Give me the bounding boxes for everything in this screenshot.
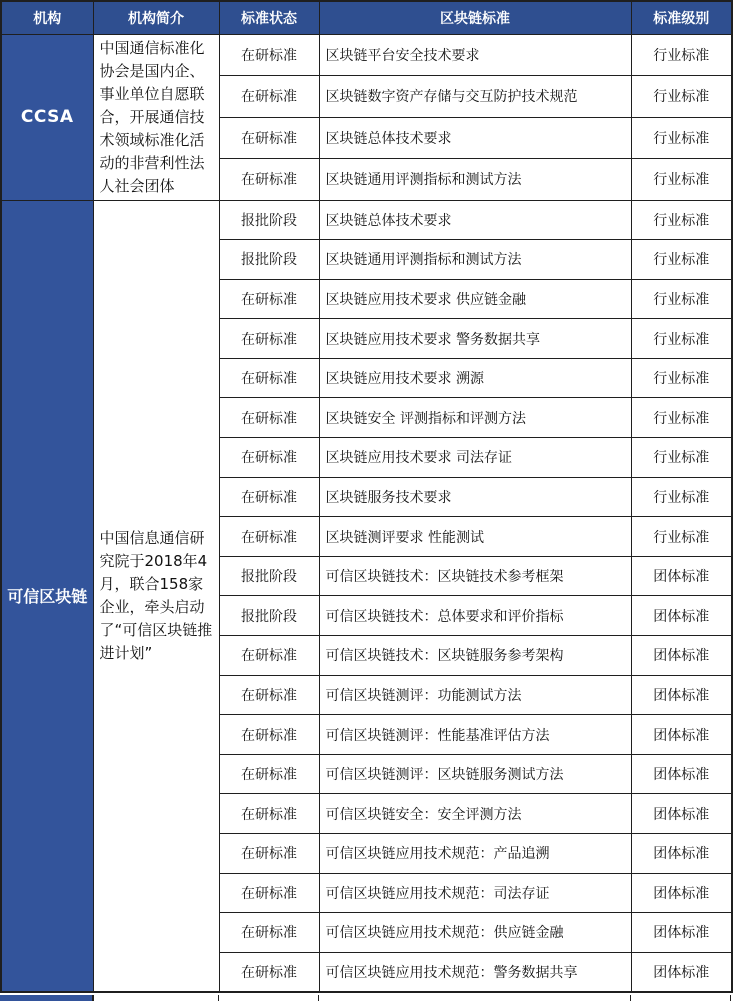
org-cell-ccsa: CCSA [1, 34, 93, 200]
standard-cell: 区块链测评要求 性能测试 [319, 517, 631, 557]
table-row: CCSA 中国通信标准化协会是国内企、事业单位自愿联合，开展通信技术领域标准化活… [1, 34, 732, 76]
standard-cell: 区块链数字资产存储与交互防护技术规范 [319, 76, 631, 118]
standard-cell: 可信区块链应用技术规范：供应链金融 [319, 913, 631, 953]
status-cell: 报批阶段 [219, 200, 319, 240]
standard-cell: 可信区块链应用技术规范：产品追溯 [319, 834, 631, 874]
status-cell: 在研标准 [219, 675, 319, 715]
level-cell: 行业标准 [631, 200, 732, 240]
column-divider [218, 995, 219, 1001]
status-cell: 在研标准 [219, 438, 319, 478]
level-cell: 行业标准 [631, 358, 732, 398]
status-cell: 在研标准 [219, 636, 319, 676]
level-cell: 行业标准 [631, 279, 732, 319]
table-row: 可信区块链 中国信息通信研究院于2018年4月，联合158家企业，牵头启动了“可… [1, 200, 732, 240]
status-cell: 在研标准 [219, 952, 319, 992]
cutoff-partial-row [0, 995, 733, 1001]
level-cell: 团体标准 [631, 556, 732, 596]
status-cell: 在研标准 [219, 279, 319, 319]
status-cell: 在研标准 [219, 913, 319, 953]
level-cell: 行业标准 [631, 159, 732, 201]
standard-cell: 区块链安全 评测指标和评测方法 [319, 398, 631, 438]
level-cell: 团体标准 [631, 873, 732, 913]
standard-cell: 区块链总体技术要求 [319, 117, 631, 159]
status-cell: 在研标准 [219, 76, 319, 118]
standard-cell: 区块链平台安全技术要求 [319, 34, 631, 76]
status-cell: 在研标准 [219, 517, 319, 557]
standard-cell: 可信区块链技术：区块链技术参考框架 [319, 556, 631, 596]
standard-cell: 区块链应用技术要求 司法存证 [319, 438, 631, 478]
status-cell: 报批阶段 [219, 596, 319, 636]
standard-cell: 可信区块链测评：性能基准评估方法 [319, 715, 631, 755]
level-cell: 行业标准 [631, 438, 732, 478]
column-divider [730, 995, 731, 1001]
standard-cell: 区块链服务技术要求 [319, 477, 631, 517]
status-cell: 在研标准 [219, 794, 319, 834]
table-header: 机构 机构简介 标准状态 区块链标准 标准级别 [1, 1, 732, 34]
level-cell: 团体标准 [631, 675, 732, 715]
level-cell: 行业标准 [631, 76, 732, 118]
status-cell: 在研标准 [219, 398, 319, 438]
status-cell: 在研标准 [219, 715, 319, 755]
status-cell: 报批阶段 [219, 556, 319, 596]
org-cell-trusted-blockchain: 可信区块链 [1, 200, 93, 992]
standard-cell: 区块链应用技术要求 溯源 [319, 358, 631, 398]
level-cell: 团体标准 [631, 636, 732, 676]
standard-cell: 区块链总体技术要求 [319, 200, 631, 240]
standard-cell: 可信区块链安全：安全评测方法 [319, 794, 631, 834]
standard-cell: 可信区块链应用技术规范：警务数据共享 [319, 952, 631, 992]
header-org: 机构 [1, 1, 93, 34]
status-cell: 在研标准 [219, 34, 319, 76]
standard-cell: 可信区块链测评：功能测试方法 [319, 675, 631, 715]
column-divider [630, 995, 631, 1001]
status-cell: 报批阶段 [219, 240, 319, 280]
status-cell: 在研标准 [219, 834, 319, 874]
header-standard: 区块链标准 [319, 1, 631, 34]
level-cell: 行业标准 [631, 477, 732, 517]
standard-cell: 可信区块链应用技术规范：司法存证 [319, 873, 631, 913]
status-cell: 在研标准 [219, 159, 319, 201]
status-cell: 在研标准 [219, 477, 319, 517]
standard-cell: 区块链通用评测指标和测试方法 [319, 240, 631, 280]
standards-table-page: 机构 机构简介 标准状态 区块链标准 标准级别 CCSA 中国通信标准化协会是国… [0, 0, 733, 1001]
level-cell: 团体标准 [631, 952, 732, 992]
blockchain-standards-table: 机构 机构简介 标准状态 区块链标准 标准级别 CCSA 中国通信标准化协会是国… [0, 0, 733, 993]
intro-cell-ccsa: 中国通信标准化协会是国内企、事业单位自愿联合，开展通信技术领域标准化活动的非营利… [93, 34, 219, 200]
header-row: 机构 机构简介 标准状态 区块链标准 标准级别 [1, 1, 732, 34]
level-cell: 行业标准 [631, 319, 732, 359]
status-cell: 在研标准 [219, 873, 319, 913]
cutoff-org-cell [0, 995, 94, 1001]
header-status: 标准状态 [219, 1, 319, 34]
standard-cell: 可信区块链测评：区块链服务测试方法 [319, 754, 631, 794]
standard-cell: 区块链应用技术要求 供应链金融 [319, 279, 631, 319]
intro-cell-trusted-blockchain: 中国信息通信研究院于2018年4月，联合158家企业，牵头启动了“可信区块链推进… [93, 200, 219, 992]
standard-cell: 可信区块链技术：总体要求和评价指标 [319, 596, 631, 636]
status-cell: 在研标准 [219, 117, 319, 159]
header-intro: 机构简介 [93, 1, 219, 34]
column-divider [318, 995, 319, 1001]
level-cell: 团体标准 [631, 596, 732, 636]
status-cell: 在研标准 [219, 754, 319, 794]
status-cell: 在研标准 [219, 358, 319, 398]
level-cell: 行业标准 [631, 398, 732, 438]
status-cell: 在研标准 [219, 319, 319, 359]
level-cell: 团体标准 [631, 913, 732, 953]
level-cell: 团体标准 [631, 834, 732, 874]
level-cell: 行业标准 [631, 517, 732, 557]
level-cell: 团体标准 [631, 794, 732, 834]
standard-cell: 可信区块链技术：区块链服务参考架构 [319, 636, 631, 676]
standard-cell: 区块链应用技术要求 警务数据共享 [319, 319, 631, 359]
level-cell: 行业标准 [631, 240, 732, 280]
header-level: 标准级别 [631, 1, 732, 34]
level-cell: 团体标准 [631, 715, 732, 755]
standard-cell: 区块链通用评测指标和测试方法 [319, 159, 631, 201]
level-cell: 团体标准 [631, 754, 732, 794]
level-cell: 行业标准 [631, 117, 732, 159]
level-cell: 行业标准 [631, 34, 732, 76]
